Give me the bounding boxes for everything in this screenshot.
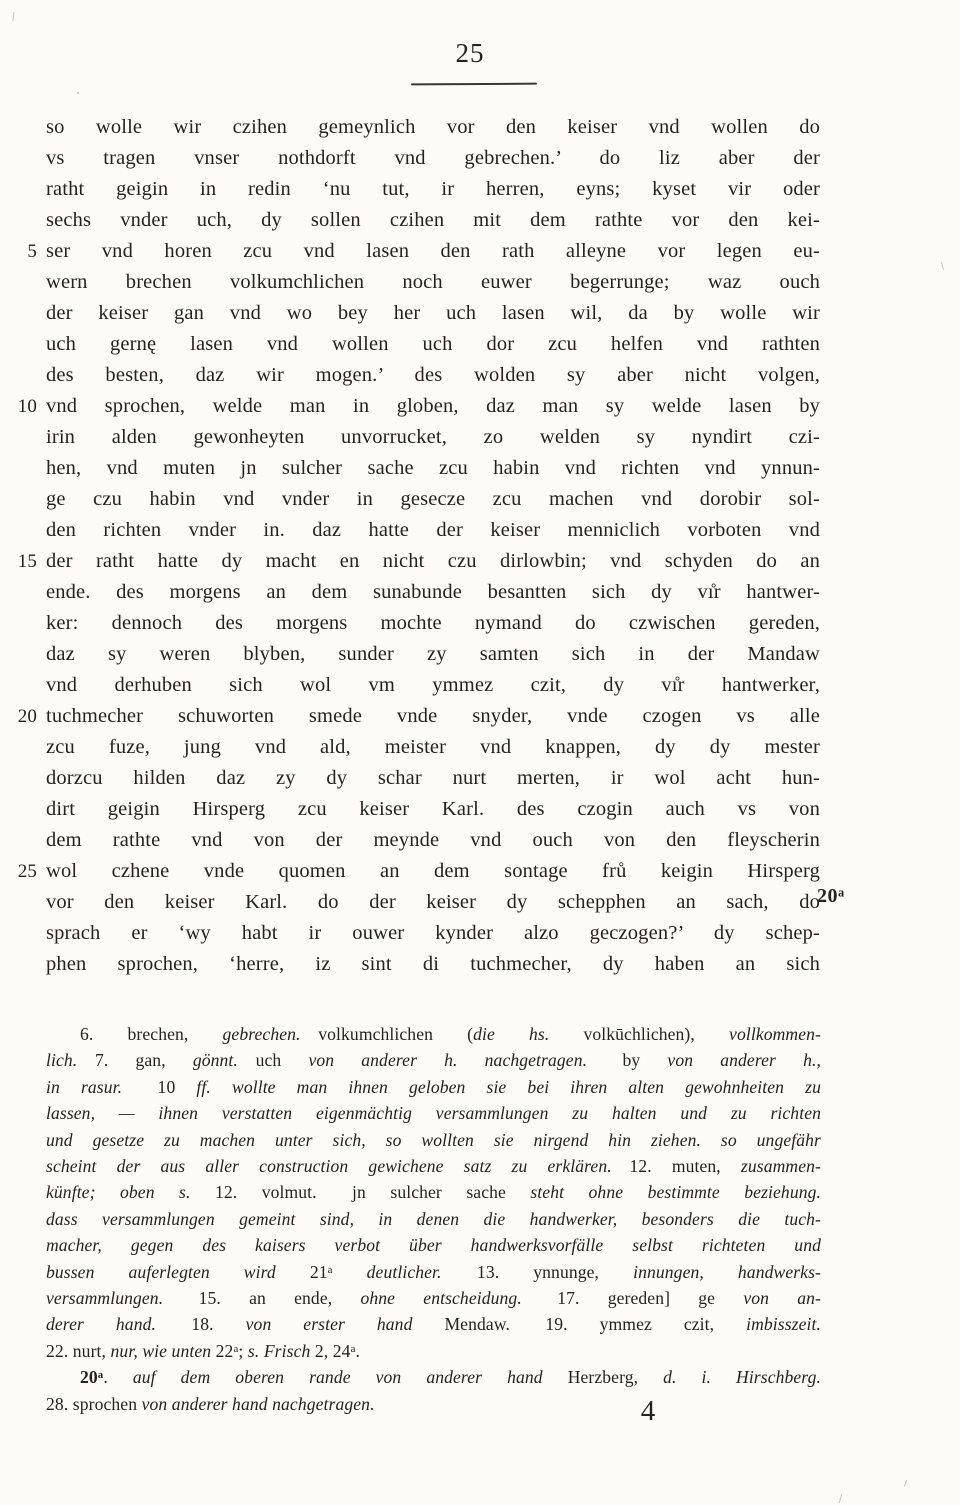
text-line: vnd derhuben sich wol vm ymmez czit, dy … bbox=[46, 670, 820, 701]
footnote-segment: 12. volmut. bbox=[191, 1182, 317, 1202]
line-text: dem rathte vnd von der meynde vnd ouch v… bbox=[46, 829, 820, 851]
footnote-segment: von anderer h. nachgetragen. bbox=[308, 1050, 587, 1070]
footnote-segment: macher, gegen des kaisers verbot über ha… bbox=[46, 1235, 821, 1255]
footnote-segment: 12. muten, bbox=[612, 1156, 741, 1176]
footnote-segment: von an- bbox=[743, 1288, 821, 1308]
text-line: dirt geigin Hirsperg zcu keiser Karl. de… bbox=[46, 794, 820, 825]
footnote-segment: dass versammlungen gemeint sind, in dene… bbox=[46, 1209, 821, 1229]
line-text: irin alden gewonheyten unvorrucket, zo w… bbox=[46, 426, 820, 448]
footnote-line: derer hand. 18. von erster hand Mendaw. … bbox=[46, 1311, 821, 1337]
scan-speck bbox=[77, 92, 79, 94]
footnote-segment: in rasur. bbox=[46, 1077, 122, 1097]
line-text: den richten vnder in. daz hatte der keis… bbox=[46, 519, 820, 541]
footnote-line: bussen auferlegten wird 21a deutlicher. … bbox=[46, 1259, 821, 1285]
text-line: des besten, daz wir mogen.’ des wolden s… bbox=[46, 360, 820, 391]
text-line: so wolle wir czihen gemeynlich vor den k… bbox=[46, 112, 820, 143]
footnote-line: lich. 7. gan, gönnt. uch von anderer h. … bbox=[46, 1047, 821, 1073]
text-line: phen sprochen, ‘herre, iz sint di tuchme… bbox=[46, 949, 820, 980]
text-line: ker: dennoch des morgens mochte nymand d… bbox=[46, 608, 820, 639]
footnote-segment: s. Frisch bbox=[248, 1341, 315, 1361]
footnote-segment bbox=[333, 1262, 367, 1282]
text-line: ge czu habin vnd vnder in gesecze zcu ma… bbox=[46, 484, 820, 515]
footnote-segment: 6. brechen, bbox=[80, 1024, 223, 1044]
footnote-segment: vollkommen- bbox=[729, 1024, 821, 1044]
line-text: daz sy weren blyben, sunder zy samten si… bbox=[46, 643, 820, 665]
footnote-line: scheint der aus aller construction gewic… bbox=[46, 1153, 821, 1179]
footnote-segment: . bbox=[356, 1341, 361, 1361]
line-number: 20 bbox=[18, 701, 37, 732]
line-number: 15 bbox=[18, 546, 37, 577]
text-line: 10vnd sprochen, welde man in globen, daz… bbox=[46, 391, 820, 422]
line-text: uch gernę lasen vnd wollen uch dor zcu h… bbox=[46, 333, 820, 355]
footnote-segment: künfte; oben s. bbox=[46, 1182, 191, 1202]
footnote-line: macher, gegen des kaisers verbot über ha… bbox=[46, 1232, 821, 1258]
footnote-segment: 19. ymmez czit, bbox=[510, 1314, 746, 1334]
footnote-segment: Mendaw. bbox=[444, 1314, 510, 1334]
line-text: tuchmecher schuworten smede vnde snyder,… bbox=[46, 705, 820, 727]
line-text: so wolle wir czihen gemeynlich vor den k… bbox=[46, 116, 820, 138]
footnote-segment: auf dem oberen rande von anderer hand bbox=[133, 1367, 568, 1387]
text-line: den richten vnder in. daz hatte der keis… bbox=[46, 515, 820, 546]
footnote-segment: 7. gan, bbox=[77, 1050, 193, 1070]
line-text: ratht geigin in redin ‘nu tut, ir herren… bbox=[46, 178, 820, 200]
footnote-segment: lich. bbox=[46, 1050, 77, 1070]
footnote-line: 6. brechen, gebrechen. volkumchlichen (d… bbox=[46, 1021, 821, 1047]
line-text: vs tragen vnser nothdorft vnd gebrechen.… bbox=[46, 147, 820, 169]
text-line: uch gernę lasen vnd wollen uch dor zcu h… bbox=[46, 329, 820, 360]
text-line: ratht geigin in redin ‘nu tut, ir herren… bbox=[46, 174, 820, 205]
footnote-segment: d. i. Hirschberg. bbox=[663, 1367, 821, 1387]
footnote-segment: 17. gereden] ge bbox=[522, 1288, 743, 1308]
line-text: vor den keiser Karl. do der keiser dy sc… bbox=[46, 891, 820, 913]
footnote-segment: volkumchlichen ( bbox=[301, 1024, 474, 1044]
footnote-line: versammlungen. 15. an ende, ohne entsche… bbox=[46, 1285, 821, 1311]
text-line: sechs vnder uch, dy sollen czihen mit de… bbox=[46, 205, 820, 236]
text-line: 25wol czhene vnde quomen an dem sontage … bbox=[46, 856, 820, 887]
scan-speck bbox=[941, 262, 944, 270]
footnote-segment: innungen, handwerks- bbox=[633, 1262, 821, 1282]
footnote-segment: . bbox=[103, 1367, 133, 1387]
footnote-segment: 10 bbox=[122, 1077, 196, 1097]
line-text: sechs vnder uch, dy sollen czihen mit de… bbox=[46, 209, 820, 231]
footnote-segment: gebrechen. bbox=[223, 1024, 301, 1044]
line-text: wol czhene vnde quomen an dem sontage fr… bbox=[46, 860, 820, 882]
text-line: zcu fuze, jung vnd ald, meister vnd knap… bbox=[46, 732, 820, 763]
margin-note-number: 20 bbox=[817, 885, 838, 907]
margin-note: 20a bbox=[817, 885, 845, 908]
footnote-segment: deutlicher. bbox=[367, 1262, 442, 1282]
margin-note-superscript: a bbox=[838, 885, 845, 899]
text-line: 15der ratht hatte dy macht en nicht czu … bbox=[46, 546, 820, 577]
book-page: 25 so wolle wir czihen gemeynlich vor de… bbox=[0, 0, 960, 1505]
header-rule bbox=[411, 83, 537, 86]
footnote-segment: von anderer hand nachgetragen. bbox=[142, 1394, 375, 1414]
text-line: irin alden gewonheyten unvorrucket, zo w… bbox=[46, 422, 820, 453]
footnote-line: 28. sprochen von anderer hand nachgetrag… bbox=[46, 1391, 821, 1417]
footnote-segment: Herzberg, bbox=[568, 1367, 663, 1387]
line-text: hen, vnd muten jn sulcher sache zcu habi… bbox=[46, 457, 820, 479]
line-text: wern brechen volkumchlichen noch euwer b… bbox=[46, 271, 820, 293]
footnote-segment: ; bbox=[238, 1341, 248, 1361]
footnote-segment: scheint der aus aller construction gewic… bbox=[46, 1156, 612, 1176]
footnote-segment: ohne entscheidung. bbox=[360, 1288, 521, 1308]
line-text: vnd derhuben sich wol vm ymmez czit, dy … bbox=[46, 674, 820, 696]
footnote-segment: jn sulcher sache bbox=[317, 1182, 531, 1202]
footnote-segment: uch bbox=[238, 1050, 309, 1070]
footnote-segment: 2, 24 bbox=[315, 1341, 351, 1361]
footnote-segment: derer hand. bbox=[46, 1314, 156, 1334]
text-line: dem rathte vnd von der meynde vnd ouch v… bbox=[46, 825, 820, 856]
line-text: ende. des morgens an dem sunabunde besan… bbox=[46, 581, 820, 603]
footnote-segment: 22. nurt, bbox=[46, 1341, 111, 1361]
footnote-line: künfte; oben s. 12. volmut. jn sulcher s… bbox=[46, 1179, 821, 1205]
footnote-segment: von erster hand bbox=[246, 1314, 445, 1334]
line-text: dorzcu hilden daz zy dy schar nurt merte… bbox=[46, 767, 820, 789]
line-text: phen sprochen, ‘herre, iz sint di tuchme… bbox=[46, 953, 820, 975]
footnote-segment: steht ohne bestimmte beziehung. bbox=[530, 1182, 821, 1202]
text-line: 20tuchmecher schuworten smede vnde snyde… bbox=[46, 701, 820, 732]
footnotes: 6. brechen, gebrechen. volkumchlichen (d… bbox=[46, 1021, 821, 1417]
line-text: zcu fuze, jung vnd ald, meister vnd knap… bbox=[46, 736, 820, 758]
line-number: 25 bbox=[18, 856, 37, 887]
footnote-segment: von anderer h., bbox=[667, 1050, 821, 1070]
footnote-segment: 22 bbox=[216, 1341, 234, 1361]
footnote-line: 22. nurt, nur, wie unten 22a; s. Frisch … bbox=[46, 1338, 821, 1364]
line-number: 10 bbox=[18, 391, 37, 422]
footnote-segment: 13. ynnunge, bbox=[442, 1262, 634, 1282]
text-line: sprach er ‘wy habt ir ouwer kynder alzo … bbox=[46, 918, 820, 949]
text-line: vs tragen vnser nothdorft vnd gebrechen.… bbox=[46, 143, 820, 174]
footnote-segment: a bbox=[328, 1264, 333, 1276]
footnote-segment: versammlungen. bbox=[46, 1288, 163, 1308]
line-text: der ratht hatte dy macht en nicht czu di… bbox=[46, 550, 820, 572]
scan-speck bbox=[839, 1494, 842, 1503]
line-text: dirt geigin Hirsperg zcu keiser Karl. de… bbox=[46, 798, 820, 820]
footnote-segment: gönnt. bbox=[193, 1050, 238, 1070]
scan-speck bbox=[904, 1480, 907, 1487]
footnote-segment: und gesetze zu machen unter sich, so wol… bbox=[46, 1130, 821, 1150]
text-line: ende. des morgens an dem sunabunde besan… bbox=[46, 577, 820, 608]
footnote-line: dass versammlungen gemeint sind, in dene… bbox=[46, 1206, 821, 1232]
footnote-segment: 20 bbox=[80, 1367, 98, 1387]
footnote-segment: die hs. bbox=[473, 1024, 549, 1044]
footnote-line: und gesetze zu machen unter sich, so wol… bbox=[46, 1127, 821, 1153]
footnote-segment: nur, wie unten bbox=[111, 1341, 216, 1361]
footnote-segment: volkūchlichen), bbox=[549, 1024, 729, 1044]
footnote-segment: 28. sprochen bbox=[46, 1394, 142, 1414]
footnote-segment: bussen auferlegten wird bbox=[46, 1262, 310, 1282]
line-text: ker: dennoch des morgens mochte nymand d… bbox=[46, 612, 820, 634]
line-text: des besten, daz wir mogen.’ des wolden s… bbox=[46, 364, 820, 386]
text-line: dorzcu hilden daz zy dy schar nurt merte… bbox=[46, 763, 820, 794]
line-text: der keiser gan vnd wo bey her uch lasen … bbox=[46, 302, 820, 324]
text-line: hen, vnd muten jn sulcher sache zcu habi… bbox=[46, 453, 820, 484]
main-text: so wolle wir czihen gemeynlich vor den k… bbox=[46, 112, 820, 980]
scan-speck bbox=[12, 12, 14, 21]
footnote-segment: 15. an ende, bbox=[163, 1288, 360, 1308]
text-line: der keiser gan vnd wo bey her uch lasen … bbox=[46, 298, 820, 329]
footnote-segment: 18. bbox=[156, 1314, 246, 1334]
line-text: sprach er ‘wy habt ir ouwer kynder alzo … bbox=[46, 922, 820, 944]
footnote-segment: 21 bbox=[310, 1262, 328, 1282]
text-line: vor den keiser Karl. do der keiser dy sc… bbox=[46, 887, 820, 918]
line-text: ser vnd horen zcu vnd lasen den rath all… bbox=[46, 240, 820, 262]
page-number: 25 bbox=[440, 38, 500, 69]
line-number: 5 bbox=[27, 236, 37, 267]
footnote-segment: zusammen- bbox=[741, 1156, 821, 1176]
footnote-segment: by bbox=[587, 1050, 667, 1070]
signature-mark: 4 bbox=[632, 1395, 664, 1428]
footnote-line: lassen, — ihnen verstatten eigenmächtig … bbox=[46, 1100, 821, 1126]
footnote-segment: imbisszeit. bbox=[746, 1314, 821, 1334]
footnote-segment: lassen, — ihnen verstatten eigenmächtig … bbox=[46, 1103, 821, 1123]
text-line: 5ser vnd horen zcu vnd lasen den rath al… bbox=[46, 236, 820, 267]
footnote-segment: ff. wollte man ihnen geloben sie bei ihr… bbox=[196, 1077, 821, 1097]
footnote-line: in rasur. 10 ff. wollte man ihnen gelobe… bbox=[46, 1074, 821, 1100]
text-line: daz sy weren blyben, sunder zy samten si… bbox=[46, 639, 820, 670]
footnote-line: 20a. auf dem oberen rande von anderer ha… bbox=[46, 1364, 821, 1390]
line-text: vnd sprochen, welde man in globen, daz m… bbox=[46, 395, 820, 417]
line-text: ge czu habin vnd vnder in gesecze zcu ma… bbox=[46, 488, 820, 510]
text-line: wern brechen volkumchlichen noch euwer b… bbox=[46, 267, 820, 298]
